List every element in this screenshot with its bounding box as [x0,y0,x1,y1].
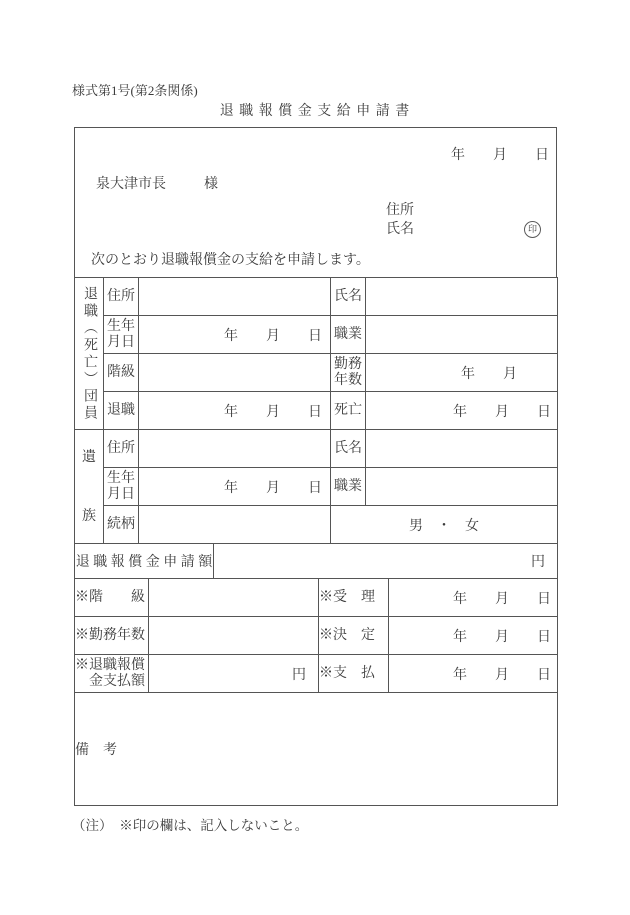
office-service-years-label: ※勤務年数 [75,617,149,655]
member-death-date-value: 年 月 日 [366,392,558,430]
member-service-years-label: 勤務年数 [331,354,366,392]
member-occupation-label: 職業 [331,316,366,354]
member-death-label: 死亡 [331,392,366,430]
office-decision-label: ※決 定 [319,617,389,655]
office-receipt-date-value: 年 月 日 [389,579,558,617]
form-number: 様式第1号(第2条関係) [72,80,198,99]
declaration-text: 次のとおり退職報償金の支給を申請します。 [91,249,370,269]
addressee-honorific: 様 [204,177,218,192]
survivor-occupation-label: 職業 [331,468,366,506]
survivor-address-label: 住所 [104,430,139,468]
member-rank-label: 階級 [104,354,139,392]
member-section-label: 退職（死亡）団員 [75,278,104,430]
member-retirement-date-value: 年 月 日 [139,392,331,430]
form-header: 年 月 日 泉大津市長様 住所 氏名 印 次のとおり退職報償金の支給を申請します… [74,127,557,277]
survivor-section-label: 遺 族 [75,430,104,544]
office-payment-amount-label: ※退職報償 金支払額 [75,655,149,693]
member-name-value [366,278,558,316]
member-service-years-value: 年 月 [366,354,558,392]
member-birthdate-label: 生年月日 [104,316,139,354]
form-table: 退職（死亡）団員 住所 氏名 生年月日 年 月 日 職業 階級 勤務年数 年 月… [74,277,558,806]
office-rank-label: ※階 級 [75,579,149,617]
form-title: 退 職 報 償 金 支 給 申 請 書 [0,100,630,120]
amount-value: 円 [214,544,558,579]
member-address-label: 住所 [104,278,139,316]
survivor-name-label: 氏名 [331,430,366,468]
seal-character: 印 [528,225,537,234]
office-payment-date-value: 年 月 日 [389,655,558,693]
member-rank-value [139,354,331,392]
survivor-address-value [139,430,331,468]
member-name-label: 氏名 [331,278,366,316]
survivor-birthdate-value: 年 月 日 [139,468,331,506]
addressee-line: 泉大津市長様 [96,173,218,193]
application-date-field: 年 月 日 [451,144,549,164]
survivor-label-char-top: 遺 [75,446,103,466]
remarks-cell: 備 考 [75,693,558,806]
applicant-contact-block: 住所 氏名 [386,201,414,239]
applicant-name-label: 氏名 [386,220,414,239]
survivor-birthdate-label: 生年月日 [104,468,139,506]
survivor-gender-value: 男 ・ 女 [331,506,558,544]
office-payment-amount-value: 円 [149,655,319,693]
office-receipt-label: ※受 理 [319,579,389,617]
amount-label: 退 職 報 償 金 申 請 額 [75,544,214,579]
footnote: （注） ※印の欄は、記入しないこと。 [72,814,308,834]
seal-mark-icon: 印 [524,221,541,238]
member-birthdate-value: 年 月 日 [139,316,331,354]
survivor-name-value [366,430,558,468]
form-box: 年 月 日 泉大津市長様 住所 氏名 印 次のとおり退職報償金の支給を申請します… [74,127,557,806]
office-decision-date-value: 年 月 日 [389,617,558,655]
member-retirement-label: 退職 [104,392,139,430]
survivor-relation-label: 続柄 [104,506,139,544]
survivor-occupation-value [366,468,558,506]
application-form-sheet: 様式第1号(第2条関係) 退 職 報 償 金 支 給 申 請 書 年 月 日 泉… [0,0,630,915]
office-service-years-value [149,617,319,655]
member-occupation-value [366,316,558,354]
office-rank-value [149,579,319,617]
survivor-relation-value [139,506,331,544]
addressee-name: 泉大津市長 [96,177,166,192]
applicant-address-label: 住所 [386,201,414,220]
remarks-label: 備 考 [75,743,117,758]
survivor-label-char-bottom: 族 [75,505,103,525]
member-address-value [139,278,331,316]
office-payment-label: ※支 払 [319,655,389,693]
